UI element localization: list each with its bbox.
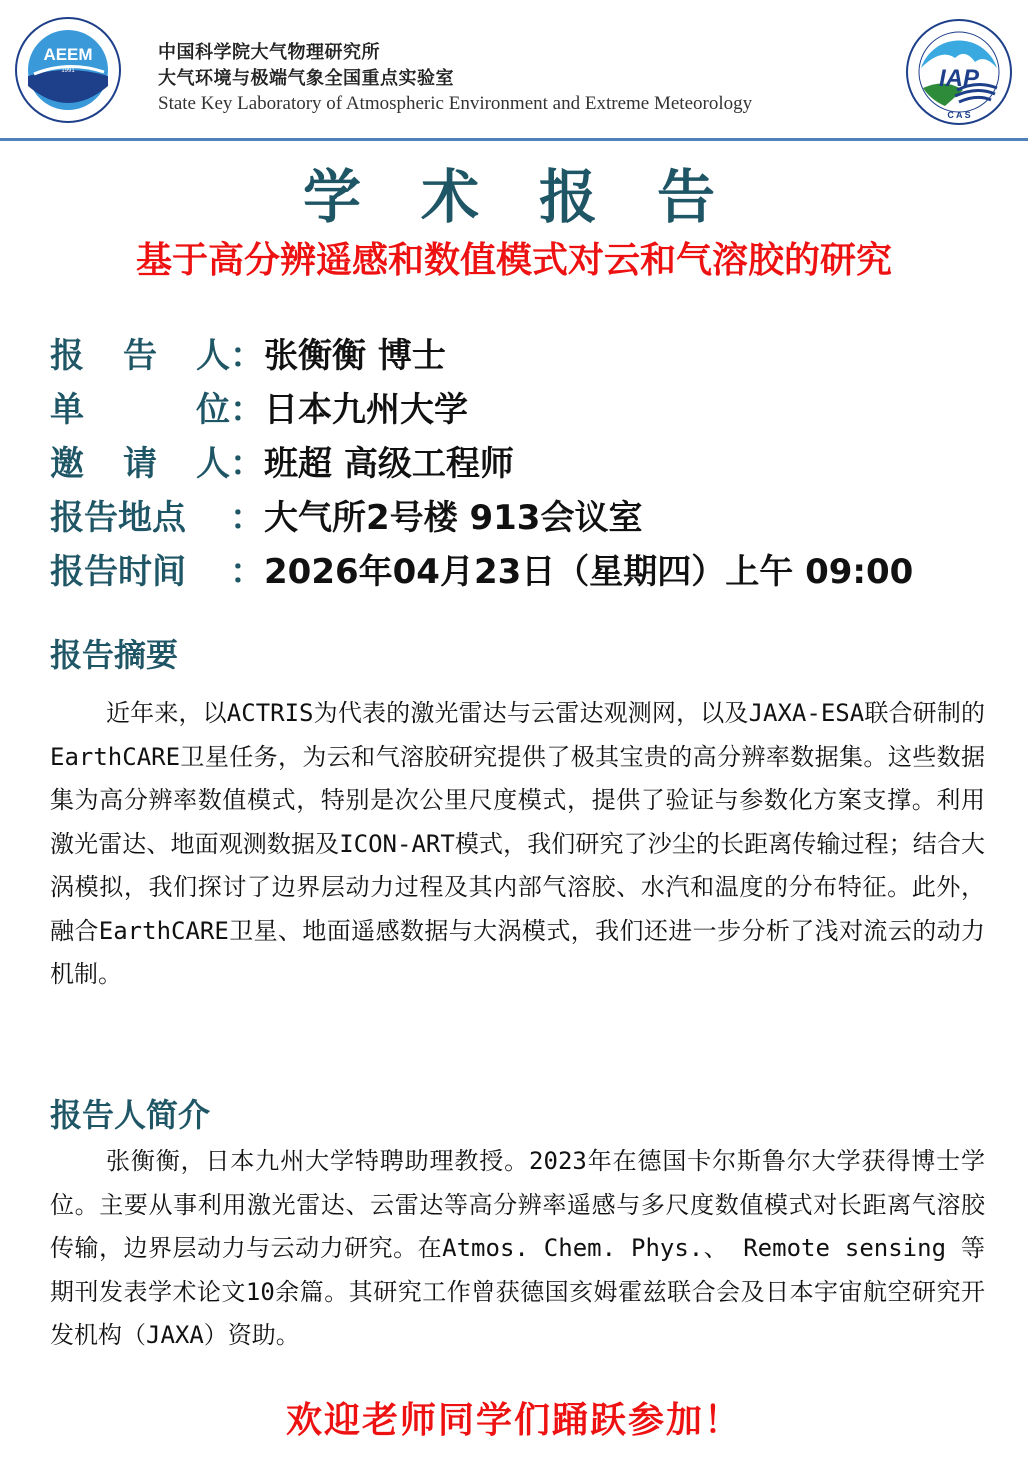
header: AEEM 1991 中国科学院大气物理研究所 大气环境与极端气象全国重点实验室 … [0,0,1028,140]
info-label: 邀请人 [50,436,230,485]
svg-text:IAP: IAP [939,65,980,92]
info-value: 2026年04月23日（星期四）上午 09:00 [264,544,913,593]
info-list: 报告人： 张衡衡 博士 单位： 日本九州大学 邀请人： 班超 高级工程师 报告地… [50,328,913,598]
info-value: 大气所2号楼 913会议室 [264,490,642,539]
institute-cn-2: 大气环境与极端气象全国重点实验室 [158,66,752,92]
welcome-message: 欢迎老师同学们踊跃参加！ [0,1392,1028,1443]
info-value: 张衡衡 博士 [264,328,446,377]
abstract-heading: 报告摘要 [50,630,178,676]
abstract-text: 近年来，以ACTRIS为代表的激光雷达与云雷达观测网，以及JAXA-ESA联合研… [50,692,985,997]
info-row-location: 报告地点： 大气所2号楼 913会议室 [50,490,913,544]
page-title: 学术报告 [0,150,1028,234]
svg-text:C A S: C A S [947,110,970,120]
header-divider [0,138,1028,141]
info-row-host: 邀请人： 班超 高级工程师 [50,436,913,490]
bio-text: 张衡衡，日本九州大学特聘助理教授。2023年在德国卡尔斯鲁尔大学获得博士学位。主… [50,1140,985,1358]
talk-title: 基于高分辨遥感和数值模式对云和气溶胶的研究 [0,232,1028,283]
info-label: 报告人 [50,328,230,377]
svg-text:AEEM: AEEM [43,45,92,64]
institute-en: State Key Laboratory of Atmospheric Envi… [158,92,752,116]
aeem-logo-icon: AEEM 1991 [14,16,122,124]
svg-text:1991: 1991 [61,68,75,74]
info-row-affiliation: 单位： 日本九州大学 [50,382,913,436]
institute-cn-1: 中国科学院大气物理研究所 [158,40,752,66]
bio-heading: 报告人简介 [50,1090,210,1136]
info-value: 班超 高级工程师 [264,436,514,485]
info-row-speaker: 报告人： 张衡衡 博士 [50,328,913,382]
info-label: 报告时间 [50,544,230,593]
iap-logo-icon: IAP C A S [905,18,1013,126]
info-label: 单位 [50,382,230,431]
info-label: 报告地点 [50,490,230,539]
info-value: 日本九州大学 [264,382,468,431]
info-row-time: 报告时间： 2026年04月23日（星期四）上午 09:00 [50,544,913,598]
institute-name-block: 中国科学院大气物理研究所 大气环境与极端气象全国重点实验室 State Key … [158,40,752,116]
